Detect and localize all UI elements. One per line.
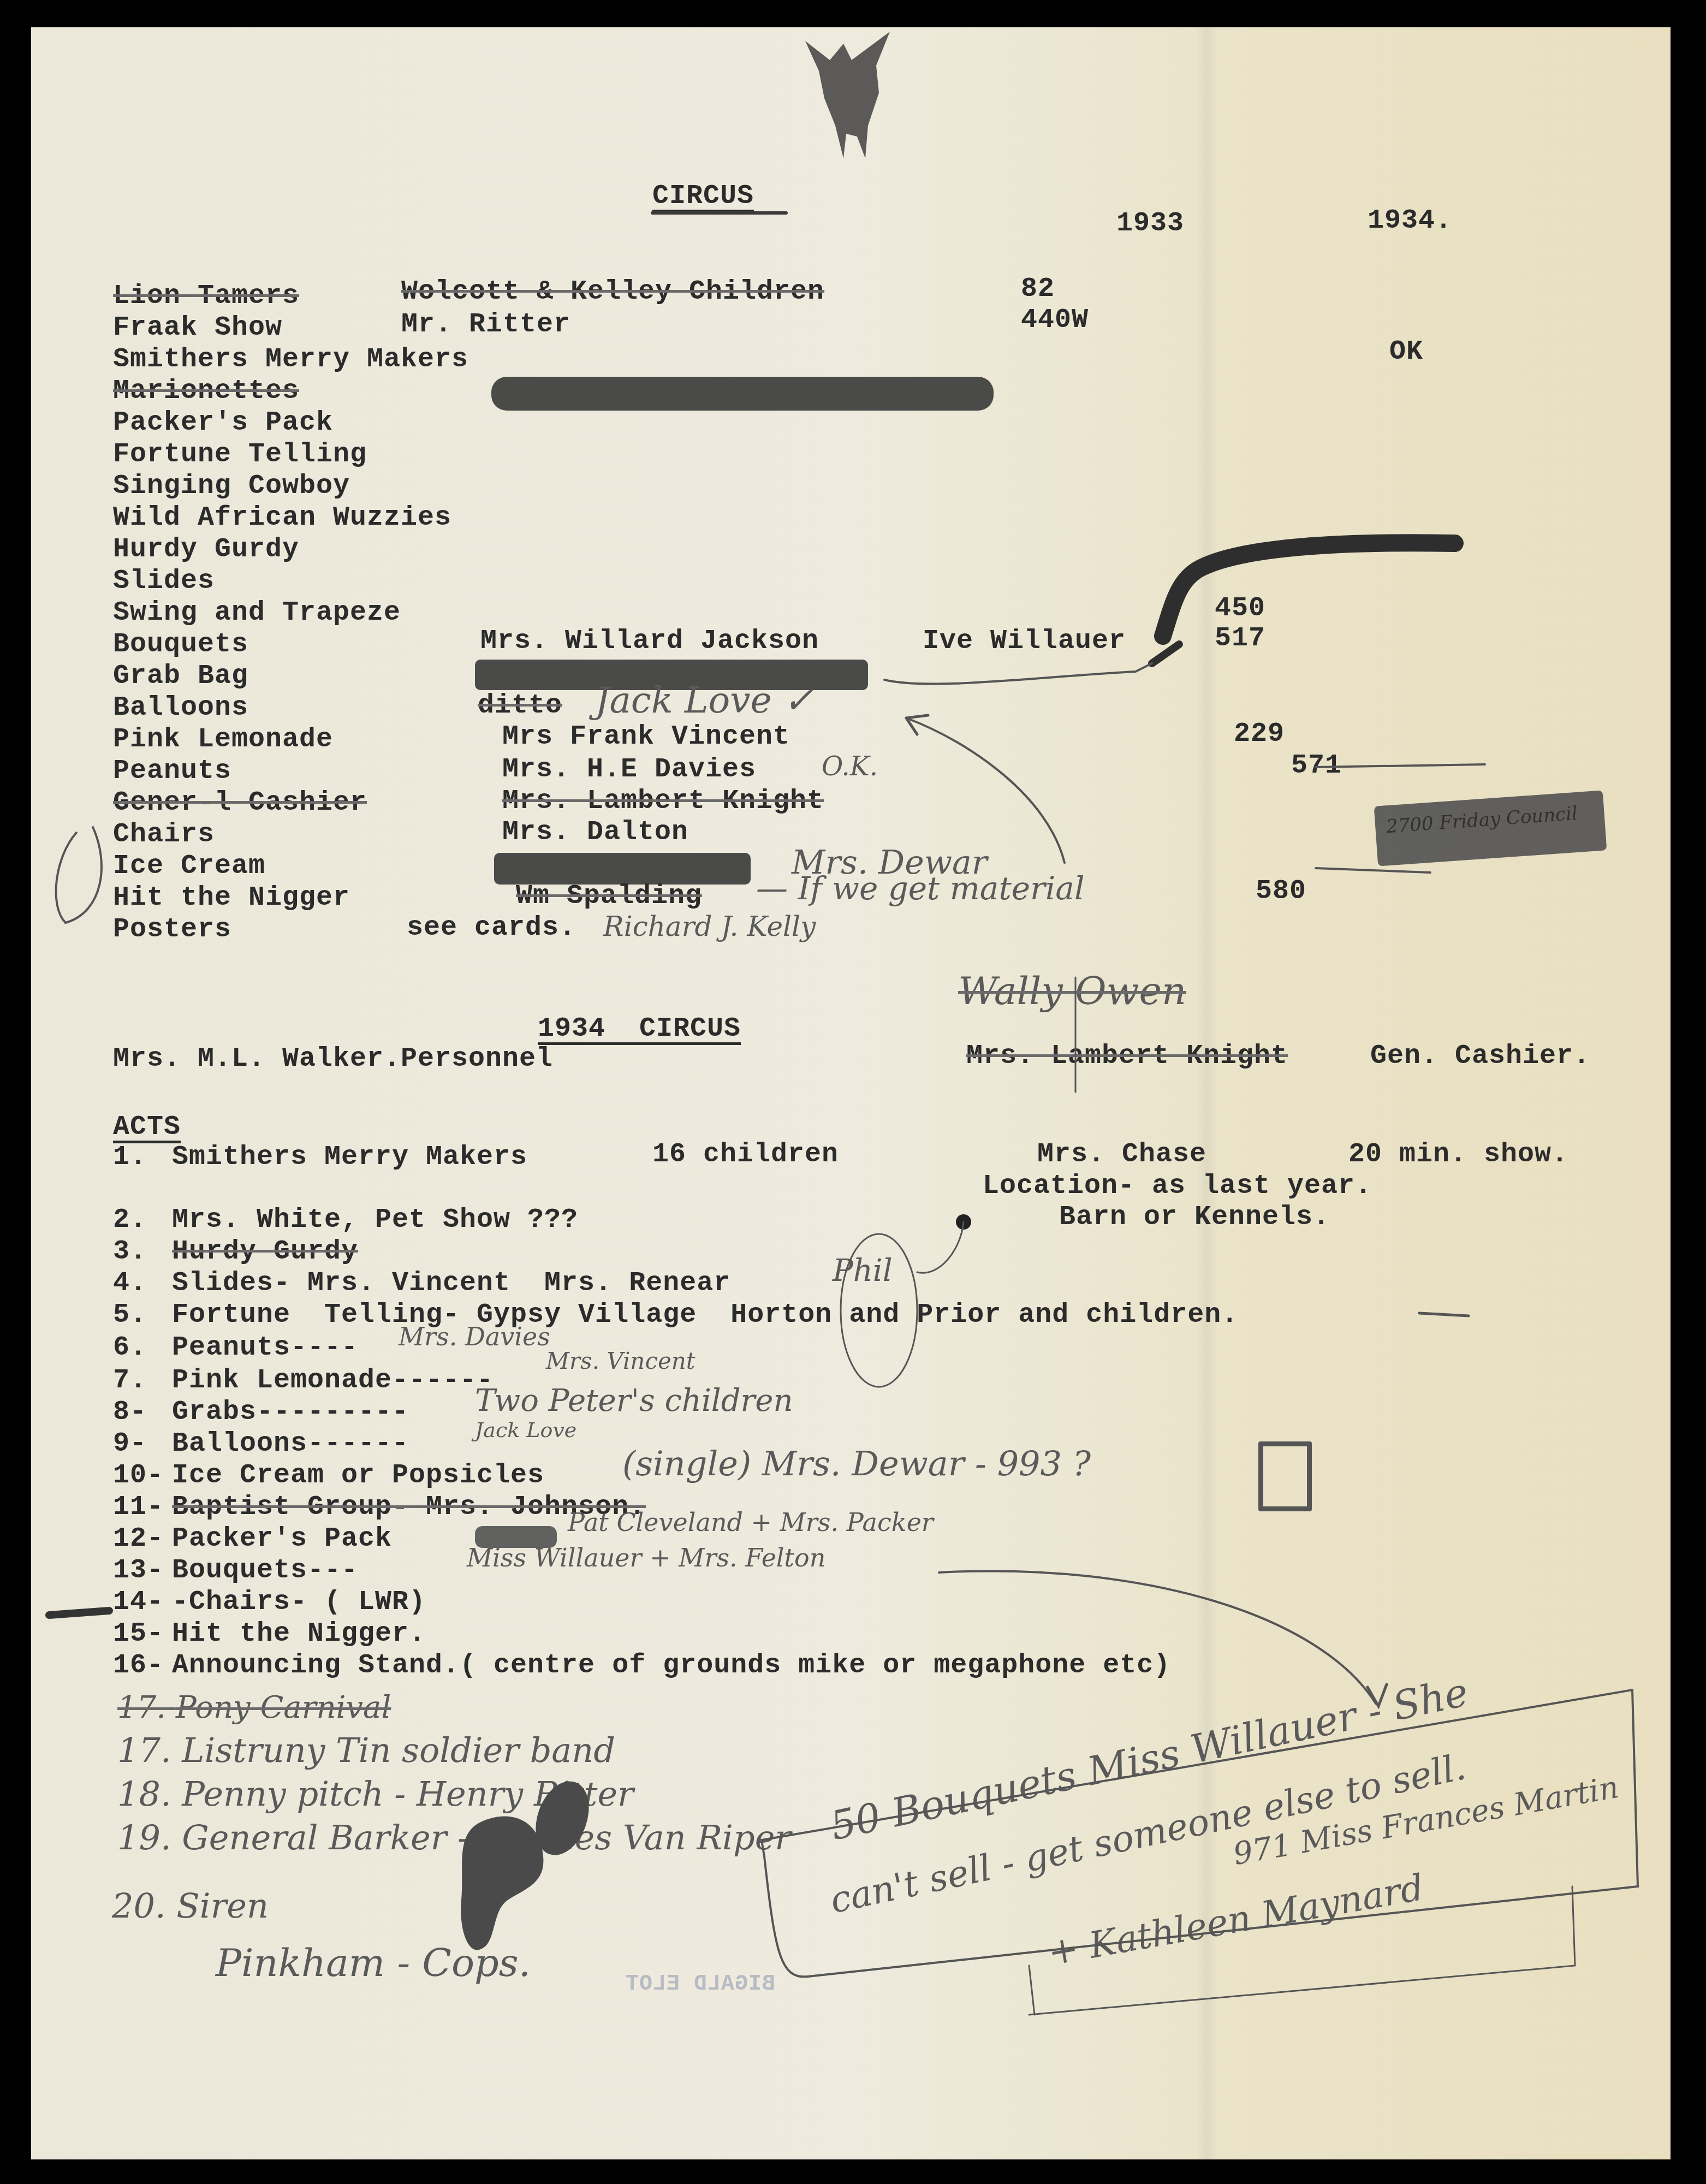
- handwritten-willauer-felton: Miss Willauer + Mrs. Felton: [467, 1545, 825, 1570]
- act-16: Announcing Stand.( centre of grounds mik…: [172, 1652, 1170, 1679]
- hw-act-20: 20. Siren: [112, 1889, 269, 1923]
- hw-act-18: 18. Penny pitch - Henry Ritter: [117, 1777, 634, 1811]
- handwritten-phil: Phil: [833, 1256, 893, 1286]
- person-freak-show: Mr. Ritter: [401, 311, 570, 339]
- section-title-1934: 1934 CIRCUS: [538, 1016, 741, 1043]
- handwritten-wally-owen: Wally Owen: [958, 972, 1186, 1010]
- person-general-cashier: Mrs. Lambert Knight: [502, 788, 824, 815]
- handwritten-mrs-davies: Mrs. Davies: [399, 1324, 550, 1349]
- act-10: Ice Cream or Popsicles: [172, 1462, 544, 1489]
- person-lion-tamers: Wolcott & Kelley Children: [401, 278, 824, 306]
- year-1933-header: 1933: [1116, 210, 1184, 238]
- act-fortune-telling: Fortune Telling: [113, 441, 367, 468]
- act-12-num: 12-: [113, 1526, 164, 1553]
- handwritten-jack-love: Jack Love ✓: [595, 682, 813, 719]
- act-6-num: 6.: [113, 1334, 147, 1362]
- redaction-ice-cream: [494, 853, 751, 885]
- handwritten-if-material: — If we get material: [756, 873, 1084, 904]
- act-posters: Posters: [113, 916, 231, 943]
- act-8-num: 8-: [113, 1399, 147, 1426]
- bleed-through-text: BIGALD ELOT: [625, 1974, 775, 1996]
- act-grab-bag: Grab Bag: [113, 663, 248, 690]
- page-title: CIRCUS: [652, 183, 754, 210]
- handwritten-mrs-vincent: Mrs. Vincent: [546, 1350, 696, 1373]
- acts-heading: ACTS: [113, 1114, 181, 1141]
- act-wuzzies: Wild African Wuzzies: [113, 505, 451, 532]
- handwritten-peters-children: Two Peter's children: [475, 1386, 793, 1416]
- act-7: Pink Lemonade------: [172, 1367, 494, 1394]
- act-7-num: 7.: [113, 1367, 147, 1394]
- act-1: Smithers Merry Makers: [172, 1144, 527, 1171]
- value-hit: 580: [1256, 878, 1306, 905]
- act-13: Bouquets---: [172, 1557, 358, 1584]
- act-1-num: 1.: [113, 1144, 147, 1171]
- act-6: Peanuts----: [172, 1334, 358, 1362]
- hw-act-17: 17. Listruny Tin soldier band: [117, 1734, 615, 1767]
- act-chairs: Chairs: [113, 821, 215, 848]
- value-pink-lemonade: 229: [1234, 721, 1285, 748]
- value-bouquets: 517: [1215, 625, 1265, 652]
- person-pink-lemonade: Mrs Frank Vincent: [502, 723, 790, 751]
- hw-act-17-struck: 17. Pony Carnival: [117, 1693, 391, 1723]
- act-14-num: 14-: [113, 1589, 164, 1616]
- checkbox-sketch: [1258, 1441, 1312, 1511]
- act-2-num: 2.: [113, 1207, 147, 1234]
- handwritten-dewar-993: (single) Mrs. Dewar - 993 ?: [622, 1447, 1091, 1481]
- value-peanuts: 571: [1291, 752, 1342, 780]
- note-box-text: 2700 Friday Council: [1386, 804, 1578, 836]
- hw-act-19: 19. General Barker - Charles Van Riper: [117, 1821, 791, 1855]
- handwritten-richard-kelly: Richard J. Kelly: [603, 913, 816, 940]
- act-slides: Slides: [113, 568, 215, 595]
- person-balloons: ditto: [478, 692, 562, 720]
- act-3: Hurdy Gurdy: [172, 1238, 358, 1266]
- act-swing-trapeze: Swing and Trapeze: [113, 600, 401, 627]
- act-smithers: Smithers Merry Makers: [113, 346, 468, 373]
- redaction-marionettes: [491, 377, 994, 411]
- personnel-line: Mrs. M.L. Walker.Personnel: [113, 1046, 553, 1073]
- act-9: Balloons------: [172, 1431, 409, 1458]
- act-marionettes: Marionettes: [113, 378, 299, 405]
- act-lion-tamers: Lion Tamers: [113, 283, 299, 310]
- ok-mark: OK: [1389, 339, 1423, 366]
- boxed-note: 50 Bouquets Miss Willauer - She can't se…: [762, 1720, 1640, 1993]
- act-singing-cowboy: Singing Cowboy: [113, 473, 350, 500]
- act-hit: Hit the Nigger: [113, 885, 350, 912]
- act-hurdy-gurdy: Hurdy Gurdy: [113, 536, 299, 563]
- cashier-struck: Mrs. Lambert Knight: [966, 1043, 1288, 1070]
- act-pink-lemonade: Pink Lemonade: [113, 726, 333, 753]
- act-12: Packer's Pack: [172, 1526, 392, 1553]
- handwritten-jack-love-2: Jack Love: [475, 1420, 576, 1440]
- act-15-num: 15-: [113, 1621, 164, 1648]
- value-swing-trapeze: 450: [1215, 595, 1265, 622]
- value-freak-show: 440W: [1021, 307, 1089, 334]
- boxed-note-line4: + Kathleen Maynard: [1045, 1870, 1426, 1971]
- act-peanuts: Peanuts: [113, 758, 231, 785]
- act-4-num: 4.: [113, 1270, 147, 1297]
- act-13-num: 13-: [113, 1557, 164, 1584]
- act-4: Slides- Mrs. Vincent Mrs. Renear: [172, 1270, 730, 1297]
- act-2-location: Barn or Kennels.: [1059, 1204, 1330, 1231]
- person-bouquets: Mrs. Willard Jackson: [480, 628, 819, 655]
- act-9-num: 9-: [113, 1431, 147, 1458]
- person-chairs: Mrs. Dalton: [502, 819, 688, 846]
- act-1-leader: Mrs. Chase: [1037, 1141, 1206, 1168]
- year-1934-header: 1934.: [1368, 207, 1452, 235]
- act-5: Fortune Telling- Gypsy Village Horton an…: [172, 1302, 1238, 1329]
- act-2: Mrs. White, Pet Show ???: [172, 1207, 578, 1234]
- act-5-num: 5.: [113, 1302, 147, 1329]
- act-balloons: Balloons: [113, 695, 248, 722]
- hw-pinkham-cops: Pinkham - Cops.: [216, 1944, 531, 1982]
- person-posters: see cards.: [407, 915, 576, 942]
- handwritten-cleveland-packer: Pat Cleveland + Mrs. Packer: [568, 1510, 934, 1535]
- extra-bouquets: Ive Willauer: [923, 628, 1126, 655]
- act-1-duration: 20 min. show.: [1348, 1141, 1568, 1168]
- cashier-role: Gen. Cashier.: [1370, 1043, 1590, 1070]
- act-8: Grabs---------: [172, 1399, 409, 1426]
- act-general-cashier: Gener-l Cashier: [113, 790, 367, 817]
- person-peanuts: Mrs. H.E Davies: [502, 756, 756, 784]
- act-15: Hit the Nigger.: [172, 1621, 426, 1648]
- handwritten-ok: O.K.: [822, 753, 878, 780]
- act-14: -Chairs- ( LWR): [172, 1589, 426, 1616]
- act-bouquets: Bouquets: [113, 631, 248, 658]
- act-ice-cream: Ice Cream: [113, 853, 265, 880]
- act-10-num: 10-: [113, 1462, 164, 1489]
- act-1-children: 16 children: [652, 1141, 839, 1168]
- act-1-location: Location- as last year.: [983, 1173, 1372, 1200]
- act-packers-pack: Packer's Pack: [113, 410, 333, 437]
- act-3-num: 3.: [113, 1238, 147, 1266]
- act-11-num: 11-: [113, 1494, 164, 1521]
- act-16-num: 16-: [113, 1652, 164, 1679]
- act-freak-show: Fraak Show: [113, 314, 282, 342]
- person-hit: Wm Spalding: [516, 883, 702, 910]
- value-lion-tamers: 82: [1021, 276, 1055, 303]
